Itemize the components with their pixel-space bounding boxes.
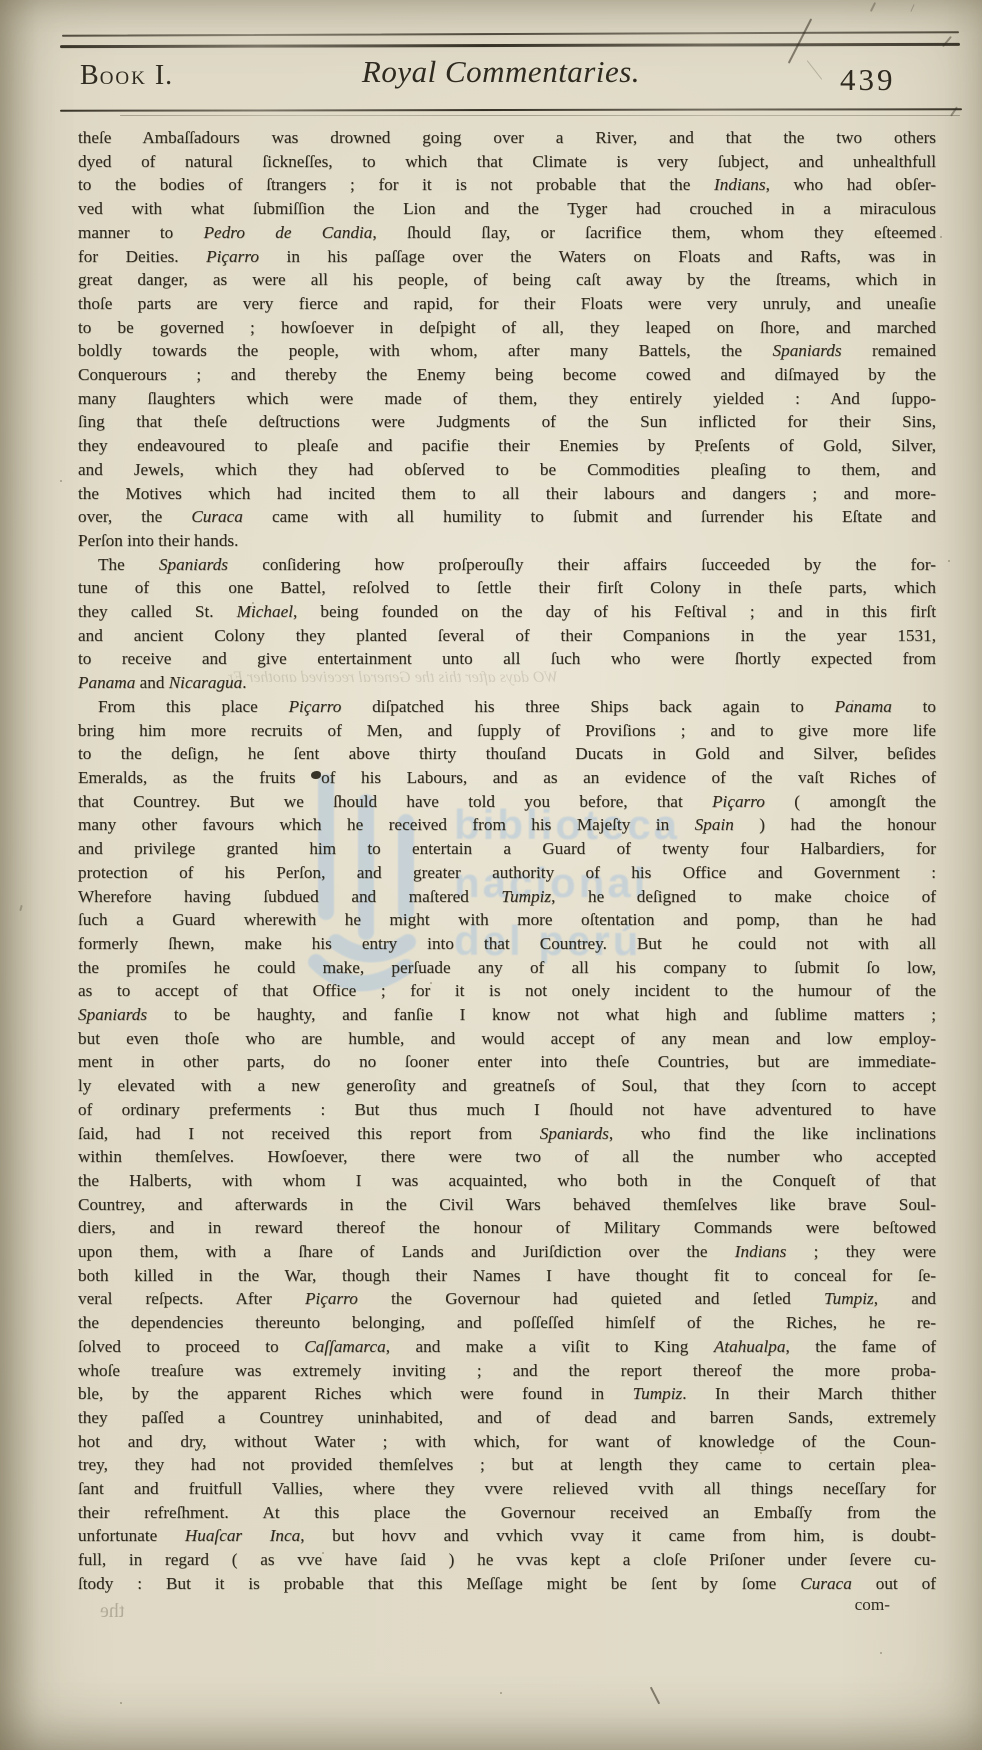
text-line: formerly ſhewn, make his entry into that… [78,932,936,956]
text-line: the Motives which had incited them to al… [78,482,936,506]
paragraph: The Spaniards conſidering how proſperouſ… [78,553,936,695]
text-line: diers, and in reward thereof the honour … [78,1216,936,1240]
stray-ink-mark [19,905,23,911]
paper-speck [120,1702,122,1704]
text-line: protection of his Perſon, and greater au… [78,861,936,885]
text-line: great danger, as were all his people, of… [78,268,936,292]
paper-speck [880,1652,882,1654]
text-line: both killed in the War, though their Nam… [78,1264,936,1288]
paper-speck [940,236,942,238]
running-head: Book I. Royal Commentaries. 439 [0,54,982,102]
text-line: they endeavoured to pleaſe and pacifie t… [78,434,936,458]
text-line: many other favours which he received fro… [78,813,936,837]
text-line: boldly towards the people, with whom, af… [78,339,936,363]
text-line: Spaniards to be haughty, and fanſie I kn… [78,1003,936,1027]
text-line: to receive and give entertainment unto a… [78,647,936,671]
text-line: From this place Piçarro diſpatched his t… [78,695,936,719]
text-line: for Deities. Piçarro in his paſſage over… [78,245,936,269]
text-line: ly elevated with a new generoſity and gr… [78,1074,936,1098]
text-line: the Halberts, with whom I was acquainted… [78,1169,936,1193]
text-line: and ancient Colony they planted ſeveral … [78,624,936,648]
text-line: Countrey, and afterwards in the Civil Wa… [78,1193,936,1217]
text-line: but even thoſe who are humble, and would… [78,1027,936,1051]
text-line: trey, they had not provided themſelves ;… [78,1453,936,1477]
stray-ink-mark [650,1687,660,1705]
top-double-rule-lower [60,43,960,48]
text-line: the promiſes he could make, perſuade any… [78,956,936,980]
book-label: Book I. [80,60,173,92]
text-line: upon them, with a ſhare of Lands and Jur… [78,1240,936,1264]
text-line: Conquerours ; and thereby the Enemy bein… [78,363,936,387]
text-line: they paſſed a Countrey uninhabited, and … [78,1406,936,1430]
text-line: ble, by the apparent Riches which were f… [78,1382,936,1406]
text-line: ſuch a Guard wherewith he might with mor… [78,908,936,932]
text-line: to the deſign, he ſent above thirty thou… [78,742,936,766]
text-line: The Spaniards conſidering how proſperouſ… [78,553,936,577]
text-line: many ſlaughters which were made of them,… [78,387,936,411]
text-line: ſtody : But it is probable that this Meſ… [78,1572,936,1596]
text-line: the dependencies thereunto belonging, an… [78,1311,936,1335]
text-line: they called St. Michael, being founded o… [78,600,936,624]
text-line: to be governed ; howſoever in deſpight o… [78,316,936,340]
text-line: full, in regard ( as vve have ſaid ) he … [78,1548,936,1572]
text-line: ved with what ſubmiſſion the Lion and th… [78,197,936,221]
ink-blot [311,771,321,779]
text-line: manner to Pedro de Candia, ſhould ſlay, … [78,221,936,245]
paragraph: theſe Ambaſſadours was drowned going ove… [78,126,936,553]
catchword: com- [78,1595,890,1615]
text-line: as to accept of that Office ; for it is … [78,979,936,1003]
book-label-smallcaps: ook [100,60,147,90]
text-line: theſe Ambaſſadours was drowned going ove… [78,126,936,150]
text-line: Panama and Nicaragua. [78,671,936,695]
header-separator-rule-faint [120,115,960,116]
text-line: Wherefore having ſubdued and maſtered Tu… [78,885,936,909]
paragraph: From this place Piçarro diſpatched his t… [78,695,936,1596]
header-separator-rule [60,108,962,112]
text-line: whoſe treaſure was extremely inviting ; … [78,1359,936,1383]
text-line: thoſe parts are very fierce and rapid, f… [78,292,936,316]
stray-ink-mark [910,4,914,12]
text-line: and privilege granted him to entertain a… [78,837,936,861]
text-line: of ordinary preferments : But thus much … [78,1098,936,1122]
book-label-numeral: I. [147,60,173,91]
text-line: over, the Curaca came with all humility … [78,505,936,529]
text-line: tune of this one Battel, reſolved to ſet… [78,576,936,600]
page-number: 439 [840,62,930,98]
paper-speck [948,560,950,562]
text-line: Emeralds, as the fruits of his Labours, … [78,766,936,790]
text-line: ſant and fruitfull Vallies, where they v… [78,1477,936,1501]
paper-speck [60,480,62,482]
text-line: ſing that theſe deſtructions were Judgme… [78,410,936,434]
text-line: that Countrey. But we ſhould have told y… [78,790,936,814]
top-double-rule-upper [62,31,959,36]
text-line: hot and dry, without Water ; with which,… [78,1430,936,1454]
text-line: ſaid, had I not received this report fro… [78,1122,936,1146]
text-line: ment in other parts, do no ſooner enter … [78,1050,936,1074]
text-line: dyed of natural ſickneſſes, to which tha… [78,150,936,174]
book-label-initial: B [80,60,100,91]
text-line: within themſelves. Howſoever, there were… [78,1145,936,1169]
text-line: their refreſhment. At this place the Gov… [78,1501,936,1525]
text-line: Perſon into their hands. [78,529,936,553]
text-line: ſolved to proceed to Caſſamarca, and mak… [78,1335,936,1359]
body-text: theſe Ambaſſadours was drowned going ove… [78,126,936,1596]
text-line: to the bodies of ſtrangers ; for it is n… [78,173,936,197]
text-line: unfortunate Huaſcar Inca, but hovv and v… [78,1524,936,1548]
text-line: veral reſpects. After Piçarro the Govern… [78,1287,936,1311]
running-title: Royal Commentaries. [271,54,731,90]
stray-ink-mark [870,2,876,12]
paper-speck [500,1692,502,1694]
book-page: Book I. Royal Commentaries. 439 bibliote… [0,0,982,1750]
text-line: and Jewels, which they had obſerved to b… [78,458,936,482]
text-line: bring him more recruits of Men, and ſupp… [78,719,936,743]
